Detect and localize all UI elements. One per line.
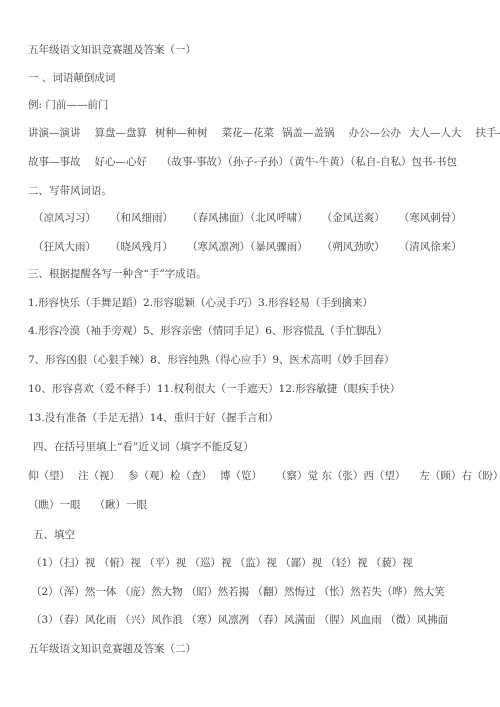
word-pair: 算盘—盘算 xyxy=(95,126,148,140)
fill-line: （2）（浑）然一体 （庞）然大物 （昭）然若揭 （翻）然悔过 （怅）然若失（哗）… xyxy=(31,585,445,599)
section1-heading: 一 、词语颠倒成词 xyxy=(28,71,115,85)
wind-phrase: （春风拂面）（北风呼啸） xyxy=(187,211,308,225)
synonym-item: （察）觉 东（张）西（望） xyxy=(276,469,405,483)
section2-heading: 二、写带风词语。 xyxy=(28,184,112,198)
word-pair: 菜花—花菜 xyxy=(222,126,275,140)
word-pair: 好心—心好 xyxy=(95,155,148,169)
section2-row2: （狂风大雨）（晓风残月）（寒风凛冽）（暴风骤雨）（朔风劲吹）（清风徐来） xyxy=(33,240,462,254)
wind-phrase: （朔风劲吹） xyxy=(322,240,385,254)
idiom-line: 10、形容喜欢（爱不释手）11.权利很大（一手遮天）12.形容敏捷（眼疾手快） xyxy=(28,382,400,396)
word-pair-group: （故事-事故）（孙子-子孙）（黄牛-牛黄）（私自-自私）包书-书包 xyxy=(161,155,457,169)
idiom-line: 1.形容快乐（手舞足蹈）2.形容聪颖（心灵手巧）3.形容轻易（手到擒来） xyxy=(28,296,373,310)
next-document-title: 五年级语文知识竞赛题及答案（二） xyxy=(28,642,196,656)
word-pair: 锅盖—盖锅 xyxy=(282,126,335,140)
section1-row2: 故事—事故好心—心好（故事-事故）（孙子-子孙）（黄牛-牛黄）（私自-自私）包书… xyxy=(28,155,457,169)
document-page: 五年级语文知识竞赛题及答案（一） 一 、词语颠倒成词 例: 门前——前门 讲演—… xyxy=(0,0,500,707)
word-pair: 大人—人大 xyxy=(409,126,462,140)
synonym-item: 左（顾）右（盼） xyxy=(419,469,500,483)
idiom-line: 4.形容冷漠（袖手旁观）5、形容亲密（情同手足）6、形容慌乱（手忙脚乱） xyxy=(28,324,387,338)
word-pair: 扶手—手扶 xyxy=(476,126,500,140)
synonym-item: 参（观）检（查） xyxy=(128,469,212,483)
section4-heading: 四、在括号里填上“看”近义词（填字不能反复） xyxy=(33,440,254,454)
fill-line: （3）（春）风化雨 （兴）风作浪 （寒）风凛冽 （春）风满面 （腥）风血雨 （微… xyxy=(31,613,448,627)
section1-example: 例: 门前——前门 xyxy=(28,98,108,112)
wind-phrase: （和风细雨） xyxy=(110,211,173,225)
word-pair: 讲演—演讲 xyxy=(28,126,81,140)
fill-line: （1）（扫）视 （俯）视 （平）视 （巡）视 （监）视 （鄙）视 （轻）视 （藐… xyxy=(31,556,413,570)
document-title: 五年级语文知识竞赛题及答案（一） xyxy=(28,43,196,57)
synonym-item: 博（览） xyxy=(220,469,262,483)
wind-phrase: （寒风刺骨） xyxy=(399,211,462,225)
synonym-item: （瞧）一眼 xyxy=(28,498,81,512)
section2-row1: （凉风习习）（和风细雨）（春风拂面）（北风呼啸）（金风送爽）（寒风刺骨） xyxy=(33,211,462,225)
section5-heading: 五、填空 xyxy=(33,528,75,542)
wind-phrase: （清风徐来） xyxy=(399,240,462,254)
idiom-line: 7、形容凶狠（心狠手辣）8、形容纯熟（得心应手）9、医术高明（妙手回春） xyxy=(28,353,395,367)
synonym-item: 注（视） xyxy=(78,469,120,483)
word-pair: 故事—事故 xyxy=(28,155,81,169)
word-pair: 树种—种树 xyxy=(155,126,208,140)
synonym-item: （瞅）一眼 xyxy=(95,498,148,512)
section3-heading: 三、根据提醒各写一种含“手”字成语。 xyxy=(28,267,207,281)
word-pair: 办公—公办 xyxy=(349,126,402,140)
wind-phrase: （晓风残月） xyxy=(110,240,173,254)
wind-phrase: （凉风习习） xyxy=(33,211,96,225)
wind-phrase: （寒风凛冽）（暴风骤雨） xyxy=(187,240,308,254)
wind-phrase: （狂风大雨） xyxy=(33,240,96,254)
synonym-item: 仰（望） xyxy=(28,469,70,483)
section4-row1: 仰（望）注（视）参（观）检（查）博（览）（察）觉 东（张）西（望）左（顾）右（盼… xyxy=(28,469,500,483)
idiom-line: 13.没有准备（手足无措）14、重归于好（握手言和） xyxy=(28,411,279,425)
section1-row1: 讲演—演讲算盘—盘算树种—种树菜花—花菜锅盖—盖锅办公—公办大人—人大扶手—手扶 xyxy=(28,126,500,140)
wind-phrase: （金风送爽） xyxy=(322,211,385,225)
section4-row2: （瞧）一眼（瞅）一眼 xyxy=(28,498,147,512)
